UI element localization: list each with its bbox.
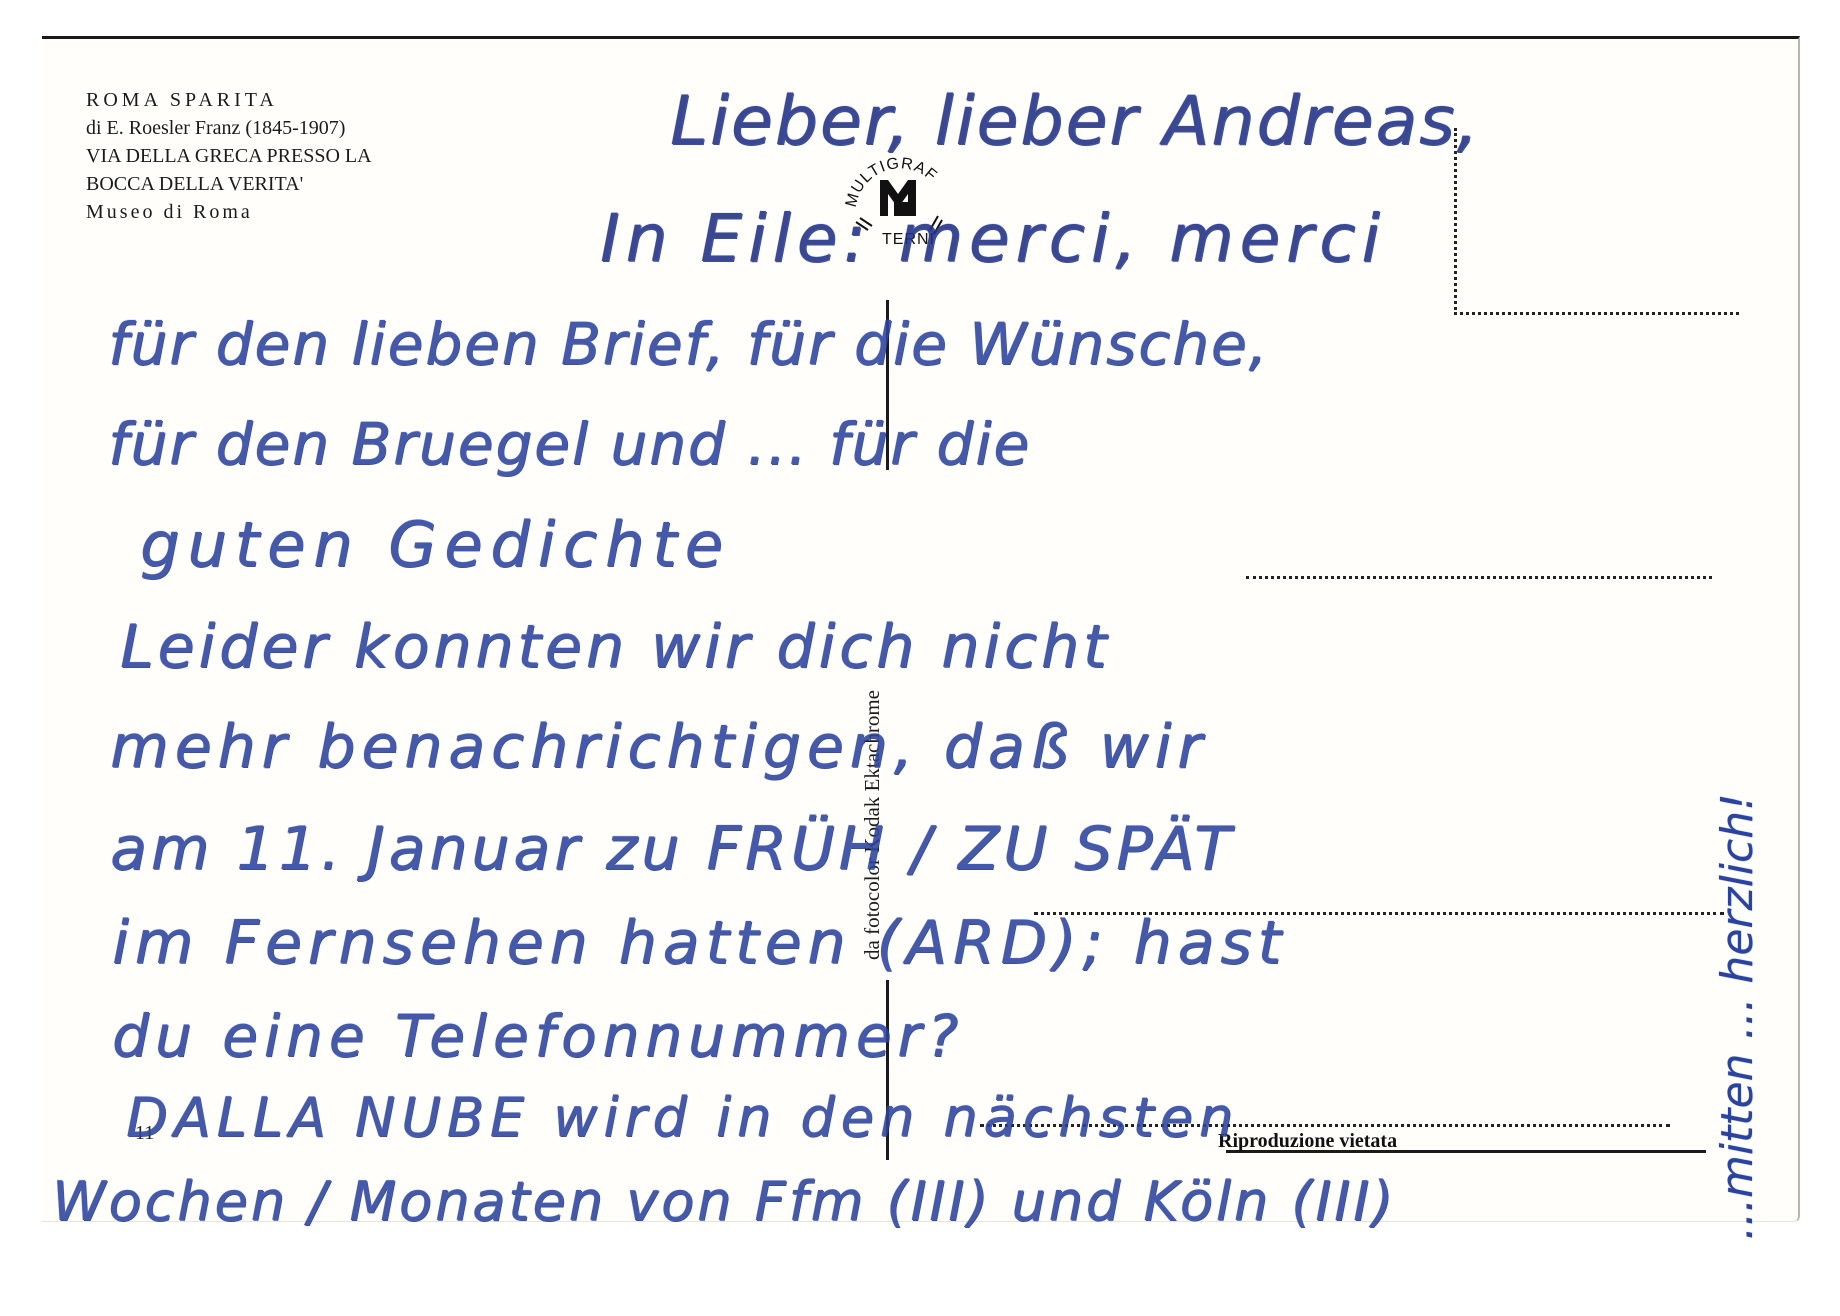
handwriting-line-9: im Fernsehen hatten (ARD); hast [112,908,1287,978]
caption-subject-2: BOCCA DELLA VERITA' [86,170,372,198]
handwriting-line-2: In Eile: merci, merci [600,200,1386,277]
handwriting-line-7: mehr benachrichtigen, daß wir [110,712,1208,782]
stamp-area [1454,128,1739,315]
caption-museum: Museo di Roma [86,198,372,226]
artwork-caption: ROMA SPARITA di E. Roesler Franz (1845-1… [86,86,372,226]
handwriting-line-10: du eine Telefonnummer? [112,1002,964,1070]
caption-subject-1: VIA DELLA GRECA PRESSO LA [86,142,372,170]
caption-title: ROMA SPARITA [86,86,372,114]
handwriting-line-1: Lieber, lieber Andreas, [670,82,1480,161]
address-line-1 [1246,576,1712,579]
handwriting-margin: ...mitten ... herzlich! [1712,793,1763,1240]
handwriting-line-4: für den Bruegel und ... für die [108,410,1031,478]
handwriting-line-6: Leider konnten wir dich nicht [120,612,1110,682]
handwriting-line-5: guten Gedichte [140,508,731,581]
handwriting-line-11: DALLA NUBE wird in den nächsten [126,1086,1239,1149]
reproduction-notice: Riproduzione vietata [1218,1130,1397,1153]
handwriting-line-12: Wochen / Monaten von Ffm (III) und Köln … [52,1170,1396,1233]
handwriting-line-8: am 11. Januar zu FRÜH / ZU SPÄT [110,814,1235,884]
handwriting-line-3: für den lieben Brief, für die Wünsche, [108,310,1269,378]
caption-artist: di E. Roesler Franz (1845-1907) [86,114,372,142]
